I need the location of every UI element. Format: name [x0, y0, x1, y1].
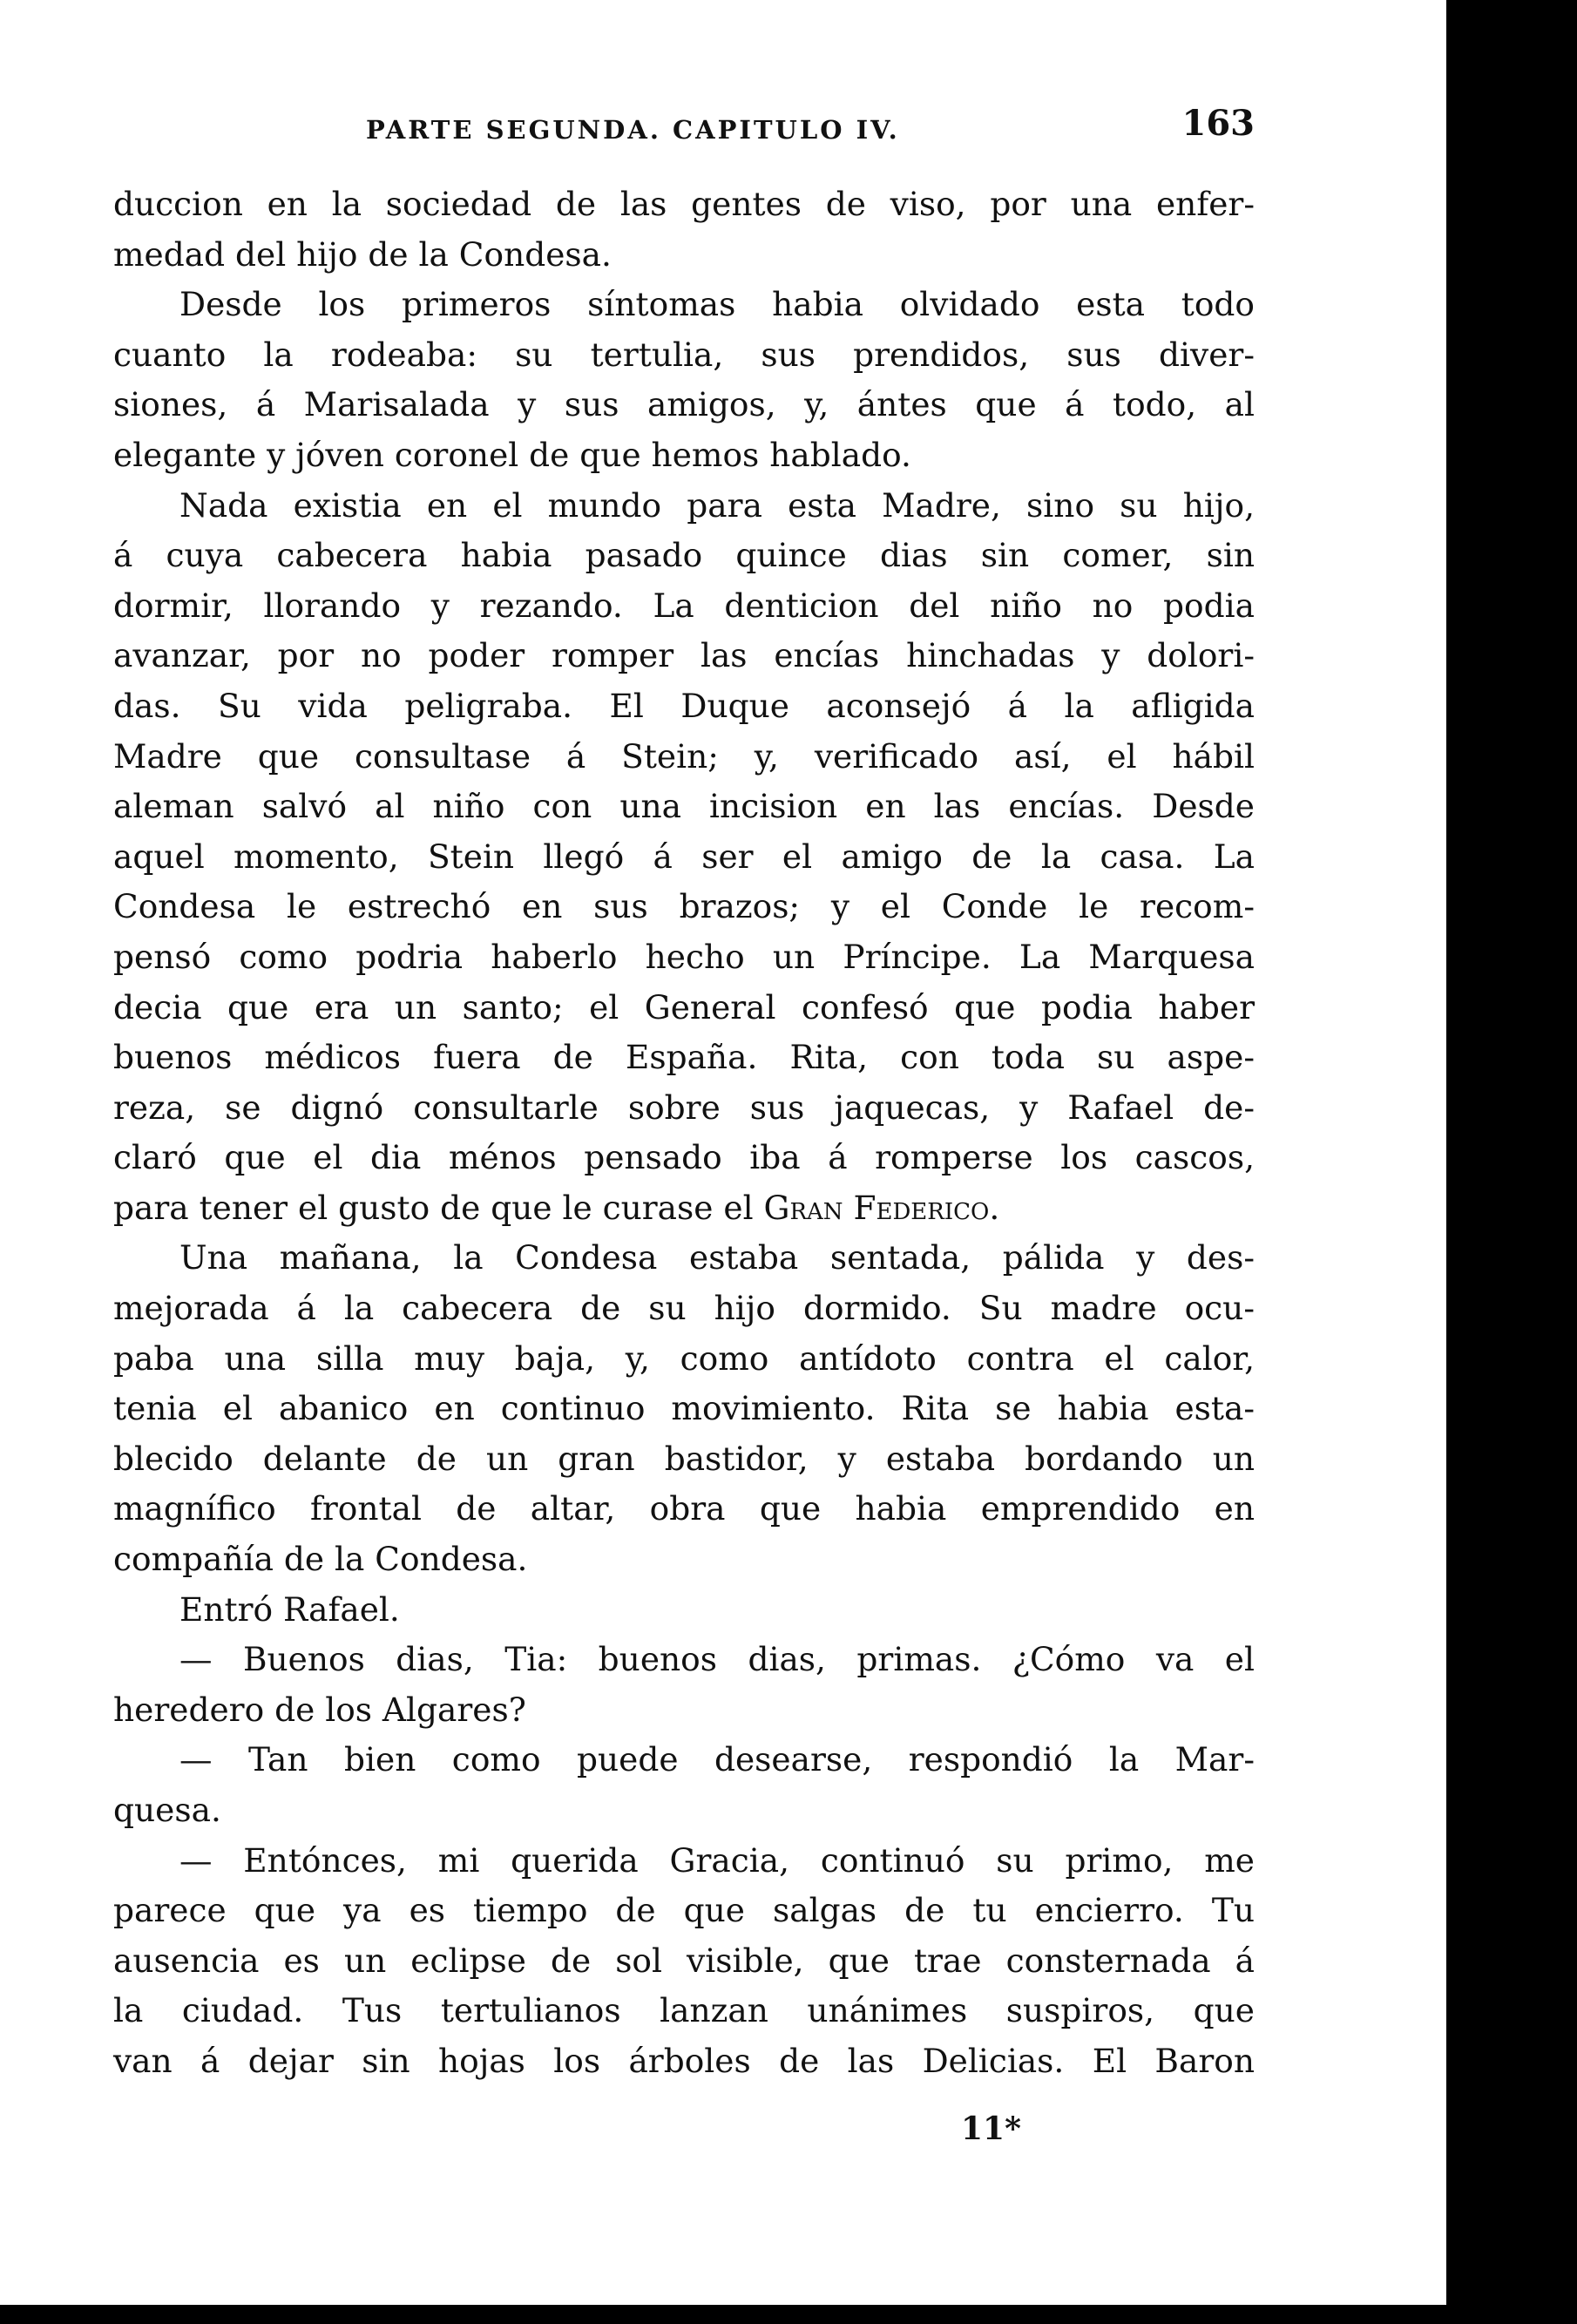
- text-line: blecido delante de un gran bastidor, y e…: [113, 1434, 1255, 1485]
- text-line: magnífico frontal de altar, obra que hab…: [113, 1484, 1255, 1535]
- text-line: elegante y jóven coronel de que hemos ha…: [113, 430, 1255, 481]
- text-line: Una mañana, la Condesa estaba sentada, p…: [113, 1233, 1255, 1284]
- text-line: mejorada á la cabecera de su hijo dormid…: [113, 1284, 1255, 1334]
- text-line: van á dejar sin hojas los árboles de las…: [113, 2036, 1255, 2087]
- book-page: PARTE SEGUNDA. CAPITULO IV. 163 duccion …: [0, 0, 1446, 2305]
- page-number: 163: [1182, 103, 1256, 144]
- text-line: tenia el abanico en continuo movimiento.…: [113, 1384, 1255, 1434]
- running-header: PARTE SEGUNDA. CAPITULO IV. 163: [113, 103, 1255, 155]
- text-line: siones, á Marisalada y sus amigos, y, án…: [113, 380, 1255, 430]
- text-line: das. Su vida peligraba. El Duque aconsej…: [113, 681, 1255, 732]
- text-line: Madre que consultase á Stein; y, verific…: [113, 732, 1255, 783]
- text-line: pensó como podria haberlo hecho un Prínc…: [113, 932, 1255, 983]
- text-line: medad del hijo de la Condesa.: [113, 230, 1255, 281]
- text-line: á cuya cabecera habia pasado quince dias…: [113, 531, 1255, 581]
- text-line: ausencia es un eclipse de sol visible, q…: [113, 1936, 1255, 1987]
- text-line: Condesa le estrechó en sus brazos; y el …: [113, 882, 1255, 932]
- small-caps-name: Gran Federico.: [763, 1189, 999, 1227]
- text-line: Desde los primeros síntomas habia olvida…: [113, 280, 1255, 330]
- text-line: — Buenos dias, Tia: buenos dias, primas.…: [113, 1635, 1255, 1685]
- text-line: la ciudad. Tus tertulianos lanzan unánim…: [113, 1986, 1255, 2036]
- text-line: para tener el gusto de que le curase el …: [113, 1183, 1255, 1234]
- text-line: — Tan bien como puede desearse, respondi…: [113, 1735, 1255, 1785]
- text-line: paba una silla muy baja, y, como antídot…: [113, 1334, 1255, 1385]
- text-line: dormir, llorando y rezando. La denticion…: [113, 581, 1255, 632]
- body-text: duccion en la sociedad de las gentes de …: [113, 180, 1255, 2087]
- text-line: cuanto la rodeaba: su tertulia, sus pren…: [113, 330, 1255, 381]
- text-line: heredero de los Algares?: [113, 1685, 1255, 1736]
- text-line: decia que era un santo; el General confe…: [113, 983, 1255, 1033]
- text-line: Nada existia en el mundo para esta Madre…: [113, 481, 1255, 532]
- text-line: aleman salvó al niño con una incision en…: [113, 782, 1255, 832]
- text-line: compañía de la Condesa.: [113, 1535, 1255, 1585]
- text-line: quesa.: [113, 1785, 1255, 1836]
- text-line: aquel momento, Stein llegó á ser el amig…: [113, 832, 1255, 883]
- signature-mark: 11*: [961, 2111, 1021, 2147]
- text-line: buenos médicos fuera de España. Rita, co…: [113, 1033, 1255, 1083]
- text-line: duccion en la sociedad de las gentes de …: [113, 180, 1255, 230]
- running-title: PARTE SEGUNDA. CAPITULO IV.: [366, 115, 900, 145]
- text-line: — Entónces, mi querida Gracia, continuó …: [113, 1836, 1255, 1887]
- text-line: Entró Rafael.: [113, 1585, 1255, 1636]
- text-line: reza, se dignó consultarle sobre sus jaq…: [113, 1083, 1255, 1134]
- text-line: claró que el dia ménos pensado iba á rom…: [113, 1133, 1255, 1183]
- text-line: parece que ya es tiempo de que salgas de…: [113, 1886, 1255, 1936]
- text-line: avanzar, por no poder romper las encías …: [113, 631, 1255, 681]
